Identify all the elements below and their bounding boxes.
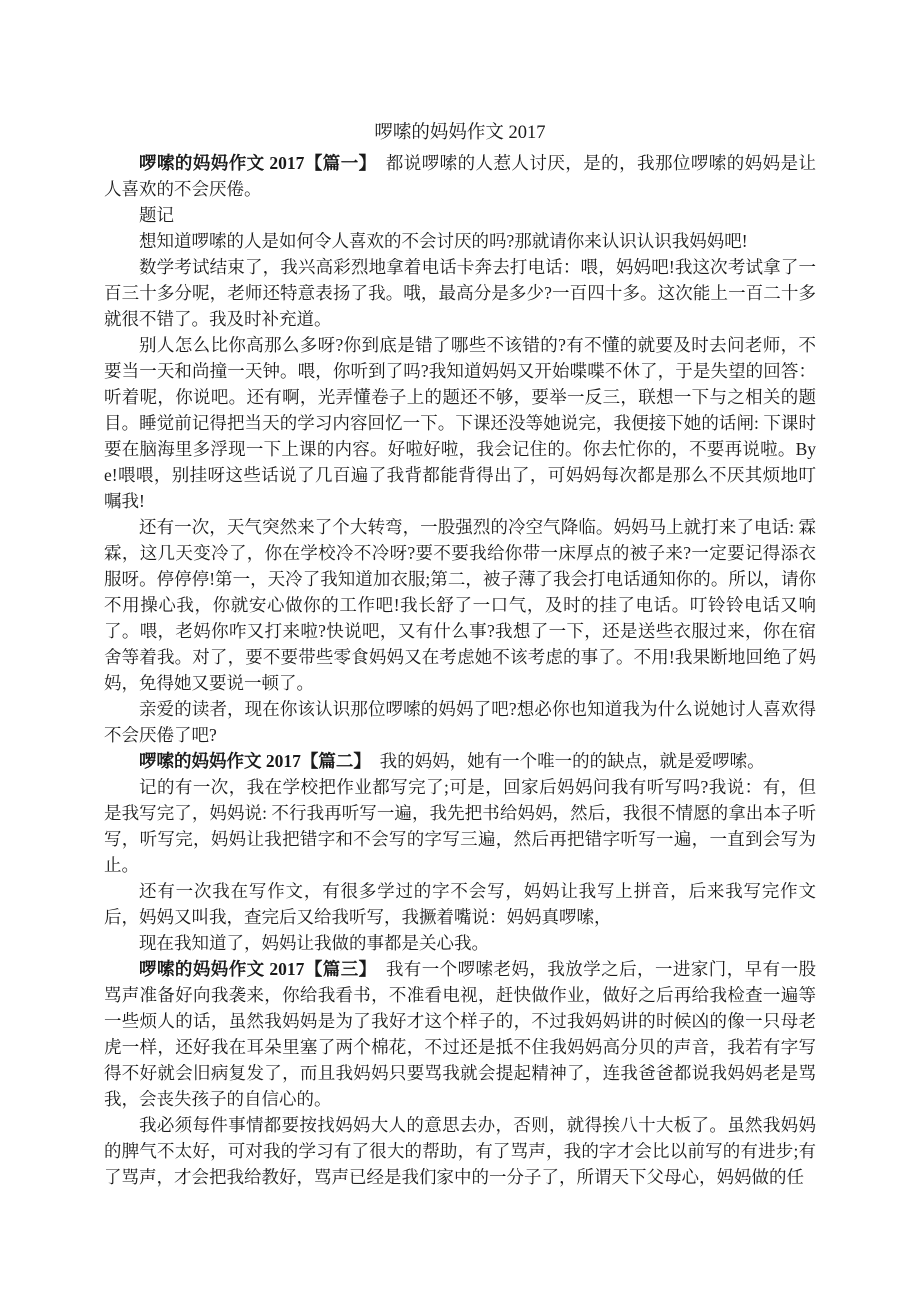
paragraph-text: 还有一次，天气突然来了个大转弯，一股强烈的冷空气降临。妈妈马上就打来了电话: 霖… bbox=[104, 517, 816, 693]
paragraph-text: 想知道啰嗦的人是如何令人喜欢的不会讨厌的吗?那就请你来认识认识我妈妈吧! bbox=[139, 231, 748, 251]
paragraph-text: 现在我知道了，妈妈让我做的事都是关心我。 bbox=[139, 933, 489, 953]
paragraph-heading: 啰嗦的妈妈作文 2017【篇三】 bbox=[139, 959, 368, 979]
paragraph: 啰嗦的妈妈作文 2017【篇一】 都说啰嗦的人惹人讨厌，是的，我那位啰嗦的妈妈是… bbox=[104, 150, 816, 202]
paragraph-text: 别人怎么比你高那么多呀?你到底是错了哪些不该错的?有不懂的就要及时去问老师，不要… bbox=[104, 335, 816, 511]
document-body: 啰嗦的妈妈作文 2017【篇一】 都说啰嗦的人惹人讨厌，是的，我那位啰嗦的妈妈是… bbox=[104, 150, 816, 1190]
paragraph: 想知道啰嗦的人是如何令人喜欢的不会讨厌的吗?那就请你来认识认识我妈妈吧! bbox=[104, 228, 816, 254]
paragraph: 亲爱的读者，现在你该认识那位啰嗦的妈妈了吧?想必你也知道我为什么说她讨人喜欢得不… bbox=[104, 696, 816, 748]
paragraph-text: 我的妈妈，她有一个唯一的的缺点，就是爱啰嗦。 bbox=[362, 751, 765, 771]
paragraph-text: 我必须每件事情都要按找妈妈大人的意思去办，否则，就得挨八十大板了。虽然我妈妈的脾… bbox=[104, 1115, 816, 1187]
paragraph: 现在我知道了，妈妈让我做的事都是关心我。 bbox=[104, 930, 816, 956]
paragraph-text: 题记 bbox=[139, 205, 174, 225]
paragraph-text: 我有一个啰嗦老妈，我放学之后，一进家门，早有一股骂声准备好向我袭来，你给我看书，… bbox=[104, 959, 816, 1109]
paragraph: 我必须每件事情都要按找妈妈大人的意思去办，否则，就得挨八十大板了。虽然我妈妈的脾… bbox=[104, 1112, 816, 1190]
paragraph-heading: 啰嗦的妈妈作文 2017【篇二】 bbox=[139, 751, 362, 771]
paragraph: 还有一次我在写作文，有很多学过的字不会写，妈妈让我写上拼音，后来我写完作文后，妈… bbox=[104, 878, 816, 930]
paragraph: 数学考试结束了，我兴高彩烈地拿着电话卡奔去打电话：喂，妈妈吧!我这次考试拿了一百… bbox=[104, 254, 816, 332]
paragraph-text: 还有一次我在写作文，有很多学过的字不会写，妈妈让我写上拼音，后来我写完作文后，妈… bbox=[104, 881, 816, 927]
paragraph-text: 数学考试结束了，我兴高彩烈地拿着电话卡奔去打电话：喂，妈妈吧!我这次考试拿了一百… bbox=[104, 257, 816, 329]
paragraph: 啰嗦的妈妈作文 2017【篇三】 我有一个啰嗦老妈，我放学之后，一进家门，早有一… bbox=[104, 956, 816, 1112]
paragraph-text: 记的有一次，我在学校把作业都写完了;可是，回家后妈妈问我有听写吗?我说：有，但是… bbox=[104, 777, 816, 875]
paragraph: 别人怎么比你高那么多呀?你到底是错了哪些不该错的?有不懂的就要及时去问老师，不要… bbox=[104, 332, 816, 514]
paragraph: 啰嗦的妈妈作文 2017【篇二】 我的妈妈，她有一个唯一的的缺点，就是爱啰嗦。 bbox=[104, 748, 816, 774]
paragraph: 记的有一次，我在学校把作业都写完了;可是，回家后妈妈问我有听写吗?我说：有，但是… bbox=[104, 774, 816, 878]
document-title: 啰嗦的妈妈作文 2017 bbox=[104, 120, 816, 146]
paragraph: 题记 bbox=[104, 202, 816, 228]
paragraph-text: 亲爱的读者，现在你该认识那位啰嗦的妈妈了吧?想必你也知道我为什么说她讨人喜欢得不… bbox=[104, 699, 816, 745]
paragraph: 还有一次，天气突然来了个大转弯，一股强烈的冷空气降临。妈妈马上就打来了电话: 霖… bbox=[104, 514, 816, 696]
document-page: 啰嗦的妈妈作文 2017 啰嗦的妈妈作文 2017【篇一】 都说啰嗦的人惹人讨厌… bbox=[0, 0, 920, 1302]
paragraph-heading: 啰嗦的妈妈作文 2017【篇一】 bbox=[139, 153, 368, 173]
document-content: 啰嗦的妈妈作文 2017 啰嗦的妈妈作文 2017【篇一】 都说啰嗦的人惹人讨厌… bbox=[0, 0, 920, 1190]
